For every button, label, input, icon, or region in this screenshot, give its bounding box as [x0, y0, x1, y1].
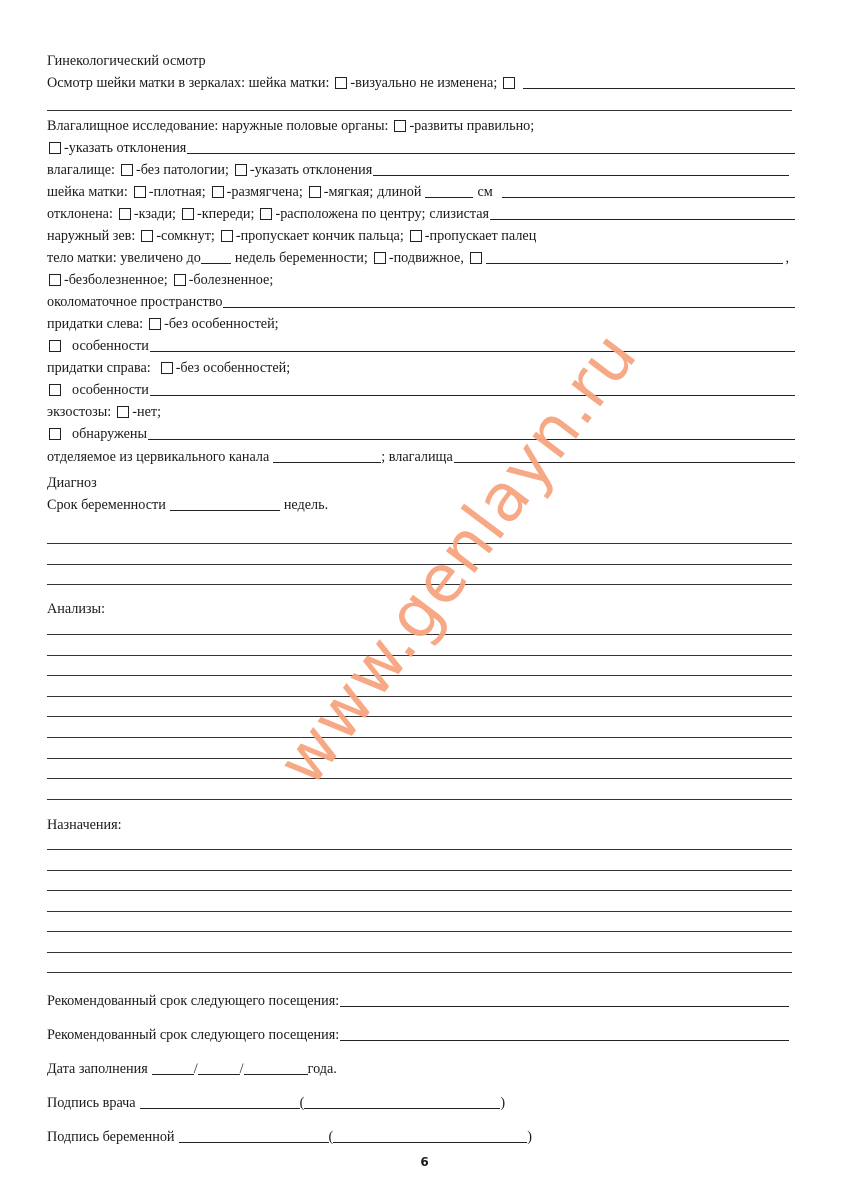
checkbox-exostoses-found[interactable] — [49, 428, 61, 440]
uterus-other-field[interactable] — [486, 249, 784, 264]
checkbox-adnexa-left-features[interactable] — [49, 340, 61, 352]
checkbox-cervix-soft[interactable] — [309, 186, 321, 198]
cervix-length-label: длиной — [377, 183, 421, 201]
checkbox-uterus-painful[interactable] — [174, 274, 186, 286]
analyses-blank-line[interactable] — [47, 696, 792, 697]
patient-signature-field[interactable] — [179, 1128, 329, 1143]
option-position-front: -кпереди; — [197, 205, 254, 223]
adnexa-left-row: придатки слева: -без особенностей; — [47, 313, 795, 333]
mucosa-label: слизистая — [429, 205, 489, 223]
option-adnexa-right-none: -без особенностей; — [176, 359, 291, 377]
analyses-blank-line[interactable] — [47, 758, 792, 759]
option-uterus-painful: -болезненное; — [189, 271, 274, 289]
next-visit-row-1: Рекомендованный срок следующего посещени… — [47, 990, 795, 1010]
option-os-closed: -сомкнут; — [156, 227, 215, 245]
option-vagina-no-pathology: -без патологии; — [136, 161, 229, 179]
cervix-position-row: отклонена: -кзади; -кпереди; -расположен… — [47, 203, 795, 223]
cervix-other-field[interactable] — [523, 74, 795, 89]
gestation-term-field[interactable] — [170, 496, 280, 511]
checkbox-os-closed[interactable] — [141, 230, 153, 242]
external-os-label: наружный зев: — [47, 227, 135, 245]
checkbox-cervix-dense[interactable] — [134, 186, 146, 198]
option-cervix-soft: -мягкая; — [324, 183, 374, 201]
vaginal-exam-row: Влагалищное исследование: наружные полов… — [47, 115, 795, 135]
option-cervix-unchanged: -визуально не изменена; — [350, 74, 497, 92]
cervix-length-field[interactable] — [425, 183, 473, 198]
checkbox-external-deviation[interactable] — [49, 142, 61, 154]
discharge-label: отделяемое из цервикального канала — [47, 448, 269, 466]
vagina-deviation-field[interactable] — [373, 161, 789, 176]
analyses-blank-line[interactable] — [47, 737, 792, 738]
patient-signature-row: Подпись беременной ( ) — [47, 1126, 795, 1146]
option-vagina-deviation: -указать отклонения — [250, 161, 372, 179]
next-visit-field-2[interactable] — [340, 1026, 789, 1041]
parametrium-field[interactable] — [223, 293, 795, 308]
analyses-blank-line[interactable] — [47, 778, 792, 779]
option-adnexa-left-features: особенности — [72, 337, 149, 355]
discharge-row: отделяемое из цервикального канала ; вла… — [47, 446, 795, 466]
diagnosis-blank-line[interactable] — [47, 564, 792, 565]
prescriptions-blank-line[interactable] — [47, 849, 792, 850]
date-row: Дата заполнения / / года. — [47, 1058, 795, 1078]
gestation-term-unit: недель. — [284, 496, 328, 514]
cervix-notes-field[interactable] — [502, 183, 795, 198]
patient-signature-label: Подпись беременной — [47, 1128, 175, 1146]
cervix-label: шейка матки: — [47, 183, 128, 201]
exostoses-row: экзостозы: -нет; — [47, 401, 795, 421]
date-label: Дата заполнения — [47, 1060, 148, 1078]
checkbox-adnexa-right-features[interactable] — [49, 384, 61, 396]
exostoses-found-row: обнаружены — [47, 423, 795, 443]
form-page: Гинекологический осмотр Осмотр шейки мат… — [0, 0, 849, 1200]
option-adnexa-left-none: -без особенностей; — [164, 315, 279, 333]
vagina-row: влагалище: -без патологии; -указать откл… — [47, 159, 795, 179]
prescriptions-blank-line[interactable] — [47, 931, 792, 932]
checkbox-position-front[interactable] — [182, 208, 194, 220]
vaginal-exam-label: Влагалищное исследование: наружные полов… — [47, 117, 388, 135]
adnexa-left-features-field[interactable] — [150, 337, 795, 352]
adnexa-right-row: придатки справа: -без особенностей; — [47, 357, 795, 377]
checkbox-cervix-unchanged[interactable] — [335, 77, 347, 89]
date-month-field[interactable] — [198, 1060, 240, 1075]
discharge-cervical-field[interactable] — [273, 448, 381, 463]
adnexa-left-label: придатки слева: — [47, 315, 143, 333]
prescriptions-blank-line[interactable] — [47, 972, 792, 973]
checkbox-uterus-mobile[interactable] — [374, 252, 386, 264]
checkbox-position-center[interactable] — [260, 208, 272, 220]
diagnosis-title: Диагноз — [47, 474, 97, 492]
option-uterus-mobile: -подвижное, — [389, 249, 464, 267]
uterus-row: тело матки: увеличено до недель беременн… — [47, 247, 795, 267]
next-visit-label-1: Рекомендованный срок следующего посещени… — [47, 992, 339, 1010]
option-os-finger: -пропускает палец — [425, 227, 537, 245]
option-external-normal: -развиты правильно; — [409, 117, 534, 135]
parametrium-row: околоматочное пространство — [47, 291, 795, 311]
exostoses-found-field[interactable] — [148, 425, 795, 440]
checkbox-exostoses-no[interactable] — [117, 406, 129, 418]
checkbox-os-fingertip[interactable] — [221, 230, 233, 242]
analyses-title-row: Анализы: — [47, 598, 795, 618]
adnexa-right-label: придатки справа: — [47, 359, 151, 377]
discharge-vagina-field[interactable] — [454, 448, 795, 463]
diagnosis-blank-line[interactable] — [47, 543, 792, 544]
adnexa-left-features-row: особенности — [47, 335, 795, 355]
doctor-signature-field[interactable] — [140, 1094, 300, 1109]
checkbox-position-back[interactable] — [119, 208, 131, 220]
option-cervix-softened: -размягчена; — [227, 183, 303, 201]
option-position-back: -кзади; — [134, 205, 176, 223]
speculum-row: Осмотр шейки матки в зеркалах: шейка мат… — [47, 72, 795, 92]
page-number: 6 — [0, 1155, 849, 1169]
checkbox-cervix-softened[interactable] — [212, 186, 224, 198]
doctor-name-field[interactable] — [304, 1094, 500, 1109]
option-exostoses-no: -нет; — [132, 403, 161, 421]
uterus-pain-row: -безболезненное; -болезненное; — [47, 269, 795, 289]
prescriptions-blank-line[interactable] — [47, 890, 792, 891]
doctor-signature-row: Подпись врача ( ) — [47, 1092, 795, 1112]
checkbox-external-normal[interactable] — [394, 120, 406, 132]
option-external-deviation: -указать отклонения — [64, 139, 186, 157]
checkbox-cervix-other[interactable] — [503, 77, 515, 89]
analyses-blank-line[interactable] — [47, 675, 792, 676]
discharge-vagina-label: ; влагалища — [381, 448, 453, 466]
analyses-blank-line[interactable] — [47, 716, 792, 717]
checkbox-uterus-other[interactable] — [470, 252, 482, 264]
gestation-term-row: Срок беременности недель. — [47, 494, 795, 514]
diagnosis-blank-line[interactable] — [47, 584, 792, 585]
date-day-field[interactable] — [152, 1060, 194, 1075]
uterus-label: тело матки: увеличено до — [47, 249, 201, 267]
uterus-weeks-field[interactable] — [201, 249, 231, 264]
option-adnexa-right-features: особенности — [72, 381, 149, 399]
analyses-title: Анализы: — [47, 600, 105, 618]
checkbox-vagina-deviation[interactable] — [235, 164, 247, 176]
next-visit-row-2: Рекомендованный срок следующего посещени… — [47, 1024, 795, 1044]
diagnosis-title-row: Диагноз — [47, 472, 795, 492]
analyses-blank-line[interactable] — [47, 634, 792, 635]
date-year-field[interactable] — [244, 1060, 308, 1075]
date-suffix: года. — [308, 1060, 337, 1078]
checkbox-adnexa-left-none[interactable] — [149, 318, 161, 330]
next-visit-label-2: Рекомендованный срок следующего посещени… — [47, 1026, 339, 1044]
patient-paren-close: ) — [527, 1128, 532, 1146]
checkbox-adnexa-right-none[interactable] — [161, 362, 173, 374]
gestation-term-label: Срок беременности — [47, 496, 166, 514]
section-title-row: Гинекологический осмотр — [47, 50, 795, 70]
analyses-blank-line[interactable] — [47, 799, 792, 800]
cervix-row: шейка матки: -плотная; -размягчена; -мяг… — [47, 181, 795, 201]
analyses-blank-line[interactable] — [47, 655, 792, 656]
parametrium-label: околоматочное пространство — [47, 293, 222, 311]
option-cervix-dense: -плотная; — [149, 183, 206, 201]
external-deviation-field[interactable] — [187, 139, 795, 154]
exostoses-label: экзостозы: — [47, 403, 111, 421]
doctor-signature-label: Подпись врача — [47, 1094, 136, 1112]
adnexa-right-features-field[interactable] — [150, 381, 795, 396]
speculum-continuation-line[interactable] — [47, 110, 792, 111]
option-os-fingertip: -пропускает кончик пальца; — [236, 227, 404, 245]
next-visit-field-1[interactable] — [340, 992, 789, 1007]
external-os-row: наружный зев: -сомкнут; -пропускает конч… — [47, 225, 795, 245]
option-uterus-painless: -безболезненное; — [64, 271, 168, 289]
option-position-center: -расположена по центру; — [275, 205, 425, 223]
prescriptions-blank-line[interactable] — [47, 911, 792, 912]
prescriptions-title-row: Назначения: — [47, 814, 795, 834]
uterus-comma: , — [785, 249, 789, 267]
checkbox-vagina-no-pathology[interactable] — [121, 164, 133, 176]
speculum-label: Осмотр шейки матки в зеркалах: шейка мат… — [47, 74, 329, 92]
uterus-weeks-label: недель беременности; — [235, 249, 368, 267]
checkbox-os-finger[interactable] — [410, 230, 422, 242]
prescriptions-blank-line[interactable] — [47, 952, 792, 953]
doctor-paren-close: ) — [500, 1094, 505, 1112]
adnexa-right-features-row: особенности — [47, 379, 795, 399]
patient-name-field[interactable] — [333, 1128, 527, 1143]
mucosa-field[interactable] — [490, 205, 795, 220]
prescriptions-blank-line[interactable] — [47, 870, 792, 871]
vagina-label: влагалище: — [47, 161, 115, 179]
option-exostoses-found: обнаружены — [72, 425, 147, 443]
checkbox-uterus-painless[interactable] — [49, 274, 61, 286]
prescriptions-title: Назначения: — [47, 816, 122, 834]
cervix-length-unit: см — [477, 183, 492, 201]
form-title: Гинекологический осмотр — [47, 52, 206, 70]
external-deviation-row: -указать отклонения — [47, 137, 795, 157]
cervix-position-label: отклонена: — [47, 205, 113, 223]
